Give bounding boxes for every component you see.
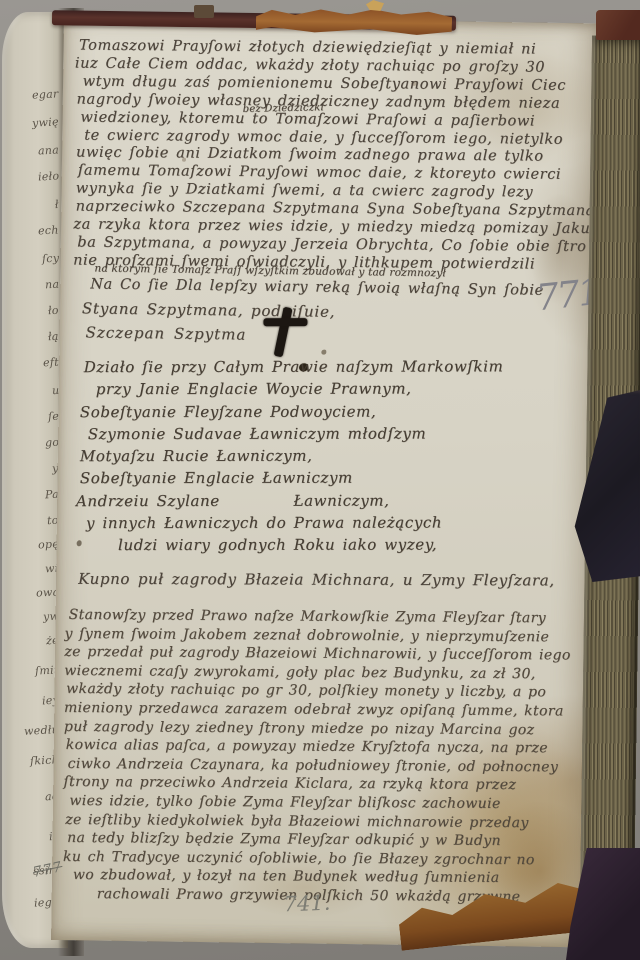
paragraph-2: Stanowſzy przed Prawo naſze Markowſkie Z… [63, 606, 589, 907]
margin-fragment: ieło [37, 169, 59, 183]
ink-spot [321, 350, 326, 355]
binding-fragment [194, 5, 214, 18]
paper-fragment [366, 0, 384, 11]
manuscript-page: Tomaszowi Prayſowi złotych dziewiędzieſi… [51, 16, 598, 947]
witness-line: Andrzeiu Szylane Ławniczym, [76, 489, 574, 512]
witness-line: Sobeſtyanie Fleyſzane Podwoyciem, [80, 400, 574, 423]
cross-horizontal-bar [263, 318, 307, 326]
signature-cross-icon [259, 303, 309, 361]
entry-heading: Kupno puł zagrody Błazeia Michnara, u Zy… [78, 570, 555, 590]
witness-line: ludzi wiary godnych Roku iako wyzey, [118, 534, 574, 557]
manuscript-photo: egar ywię ana ieło ł ech ſcy na ło łą ef… [0, 0, 640, 960]
margin-fragment: ana [38, 143, 60, 157]
witness-line: Szymonie Sudavae Ławniczym młodſzym [88, 422, 574, 445]
binding-corner-top-right [596, 10, 640, 40]
witness-list: Działo ſie przy Całym Prawie naſzym Mark… [74, 355, 574, 557]
margin-fragment: eft [43, 356, 60, 370]
margin-fragment: ech [38, 223, 59, 237]
margin-fragment: egar [32, 87, 59, 101]
witness-line: przy Janie Englacie Woycie Prawnym, [96, 378, 574, 401]
witness-line: Sobeſtyanie Englacie Ławniczym [80, 467, 574, 490]
margin-fragment: ywię [32, 115, 60, 129]
manuscript-line: Na Co ſie Dla lepſzy wiary reką ſwoią wł… [90, 276, 544, 298]
interlinear-insertion: bez Dziedziczki [243, 102, 324, 115]
witness-line: y innych Ławniczych do Prawa należących [86, 511, 574, 534]
paragraph-1: Tomaszowi Prayſowi złotych dziewiędzieſi… [73, 38, 595, 275]
witness-line: Motyaſzu Rucie Ławniczym, [80, 444, 574, 467]
cross-vertical-bar [274, 307, 293, 358]
signature-name: Szczepan Szpytma [85, 323, 246, 343]
witness-line: Działo ſie przy Całym Prawie naſzym Mark… [84, 355, 574, 378]
margin-fragment: ſcy [41, 252, 59, 266]
pencil-page-number-bottom: 741. [283, 891, 331, 917]
